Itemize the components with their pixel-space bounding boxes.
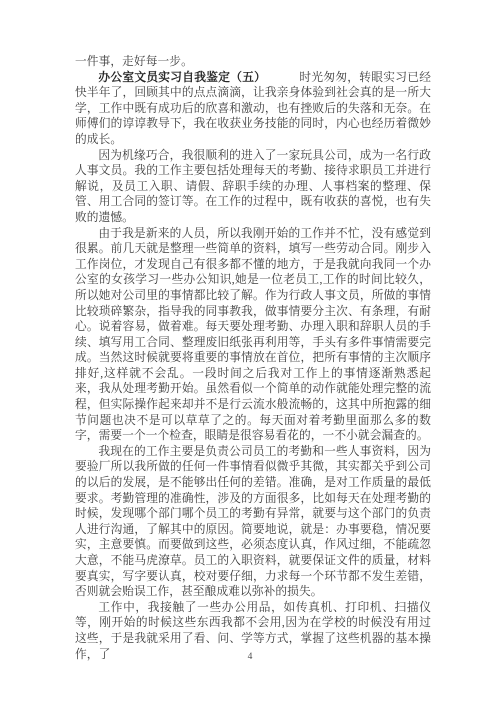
section-heading: 办公室文员实习自我鉴定（五） bbox=[98, 71, 266, 84]
document-page: 一件事，走好每一步。 办公室文员实习自我鉴定（五）时光匆匆，转眼实习已经快半年了… bbox=[0, 0, 500, 707]
section-paragraph: 办公室文员实习自我鉴定（五）时光匆匆，转眼实习已经快半年了，回顾其中的点点滴滴，… bbox=[75, 70, 431, 148]
page-number: 4 bbox=[0, 652, 500, 662]
paragraph: 由于我是新来的人员，所以我刚开始的工作并不忙，没有感觉到很累。前几天就是整理一些… bbox=[75, 226, 431, 444]
continuation-line: 一件事，走好每一步。 bbox=[75, 54, 431, 70]
document-body: 一件事，走好每一步。 办公室文员实习自我鉴定（五）时光匆匆，转眼实习已经快半年了… bbox=[75, 54, 431, 662]
paragraph: 因为机缘巧合，我很顺利的进入了一家玩具公司，成为一名行政人事文员。我的工作主要包… bbox=[75, 148, 431, 226]
paragraph: 我现在的工作主要是负责公司员工的考勤和一些人事资料，因为要验厂所以我所做的任何一… bbox=[75, 444, 431, 600]
